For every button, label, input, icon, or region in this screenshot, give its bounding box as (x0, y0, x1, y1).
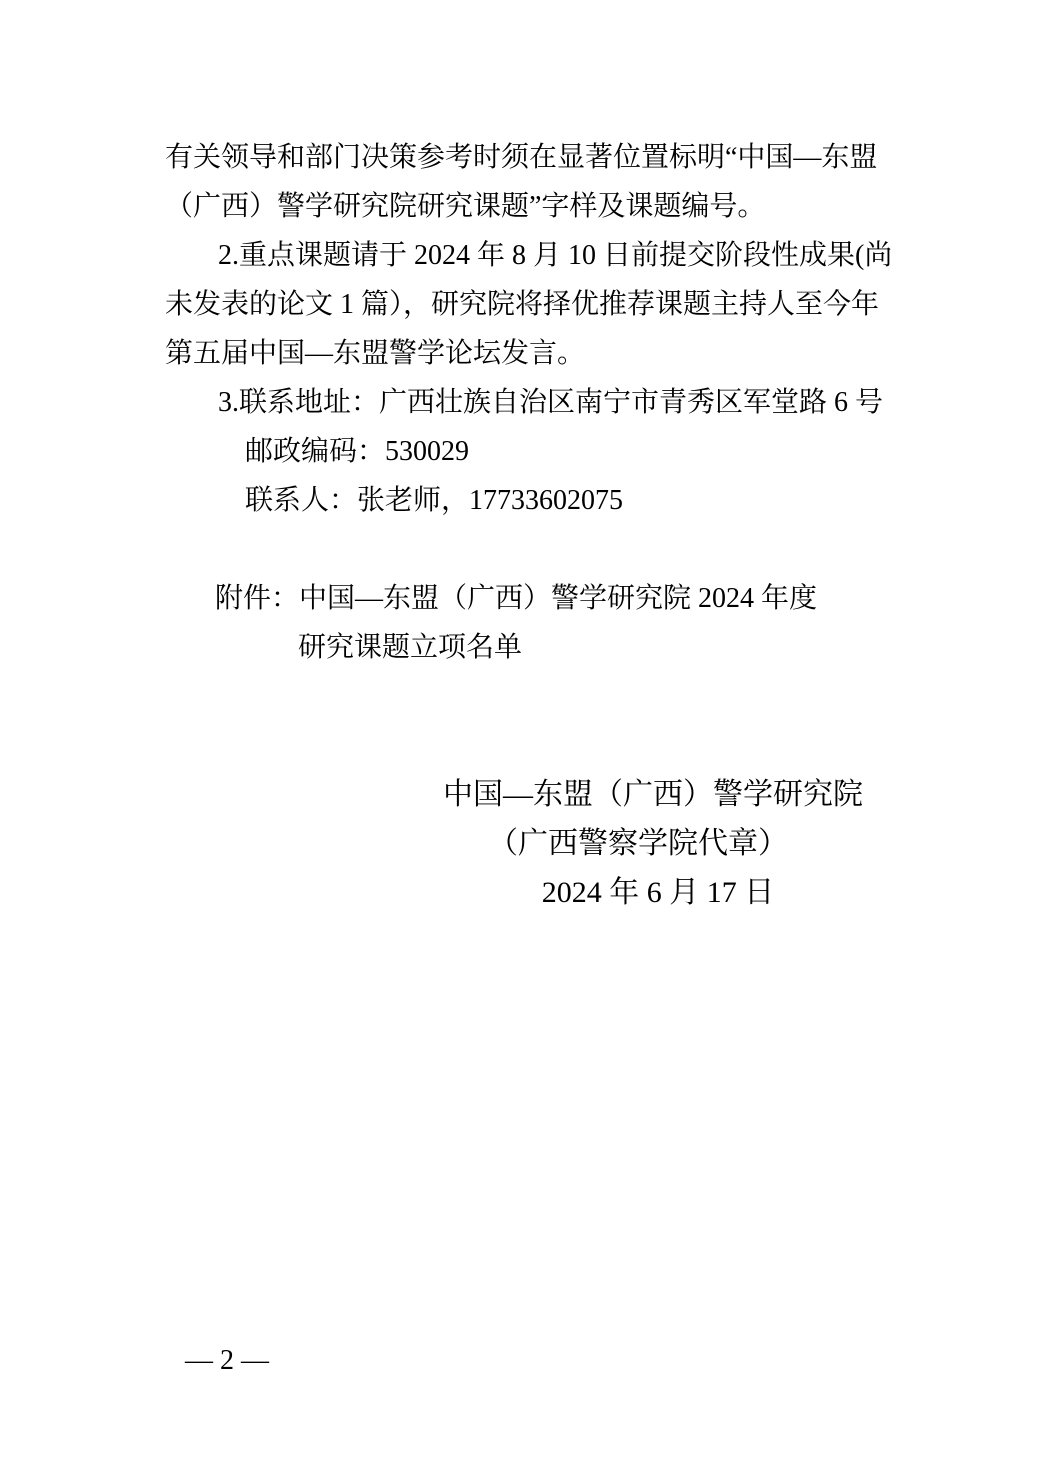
attachment-note: 附件：中国—东盟（广西）警学研究院 2024 年度 研究课题立项名单 (165, 574, 888, 672)
document-body: 有关领导和部门决策参考时须在显著位置标明“中国—东盟 （广西）警学研究院研究课题… (165, 133, 888, 917)
text-line: 2.重点课题请于 2024 年 8 月 10 日前提交阶段性成果(尚 (165, 231, 888, 280)
signature-seal-note: （广西警察学院代章） (443, 819, 833, 868)
document-page: 有关领导和部门决策参考时须在显著位置标明“中国—东盟 （广西）警学研究院研究课题… (0, 0, 1048, 1482)
text-line: 未发表的论文 1 篇），研究院将择优推荐课题主持人至今年 (165, 280, 888, 329)
text-line: 第五届中国—东盟警学论坛发言。 (165, 329, 888, 378)
attachment-line: 研究课题立项名单 (165, 623, 888, 672)
text-line: 有关领导和部门决策参考时须在显著位置标明“中国—东盟 (165, 133, 888, 182)
text-line: （广西）警学研究院研究课题”字样及课题编号。 (165, 182, 888, 231)
signature-organization: 中国—东盟（广西）警学研究院 (443, 770, 833, 819)
page-number: — 2 — (185, 1347, 269, 1375)
attachment-line: 附件：中国—东盟（广西）警学研究院 2024 年度 (165, 574, 888, 623)
contact-address-line: 3.联系地址：广西壮族自治区南宁市青秀区军堂路 6 号 (165, 378, 888, 427)
paragraph-continuation: 有关领导和部门决策参考时须在显著位置标明“中国—东盟 （广西）警学研究院研究课题… (165, 133, 888, 231)
paragraph-item-3-contact: 3.联系地址：广西壮族自治区南宁市青秀区军堂路 6 号 邮政编码：530029 … (165, 378, 888, 525)
signature-block: 中国—东盟（广西）警学研究院 （广西警察学院代章） 2024 年 6 月 17 … (443, 770, 833, 917)
postal-code-line: 邮政编码：530029 (165, 427, 888, 476)
signature-date: 2024 年 6 月 17 日 (463, 868, 853, 917)
contact-person-line: 联系人：张老师，17733602075 (165, 476, 888, 525)
paragraph-item-2: 2.重点课题请于 2024 年 8 月 10 日前提交阶段性成果(尚 未发表的论… (165, 231, 888, 378)
